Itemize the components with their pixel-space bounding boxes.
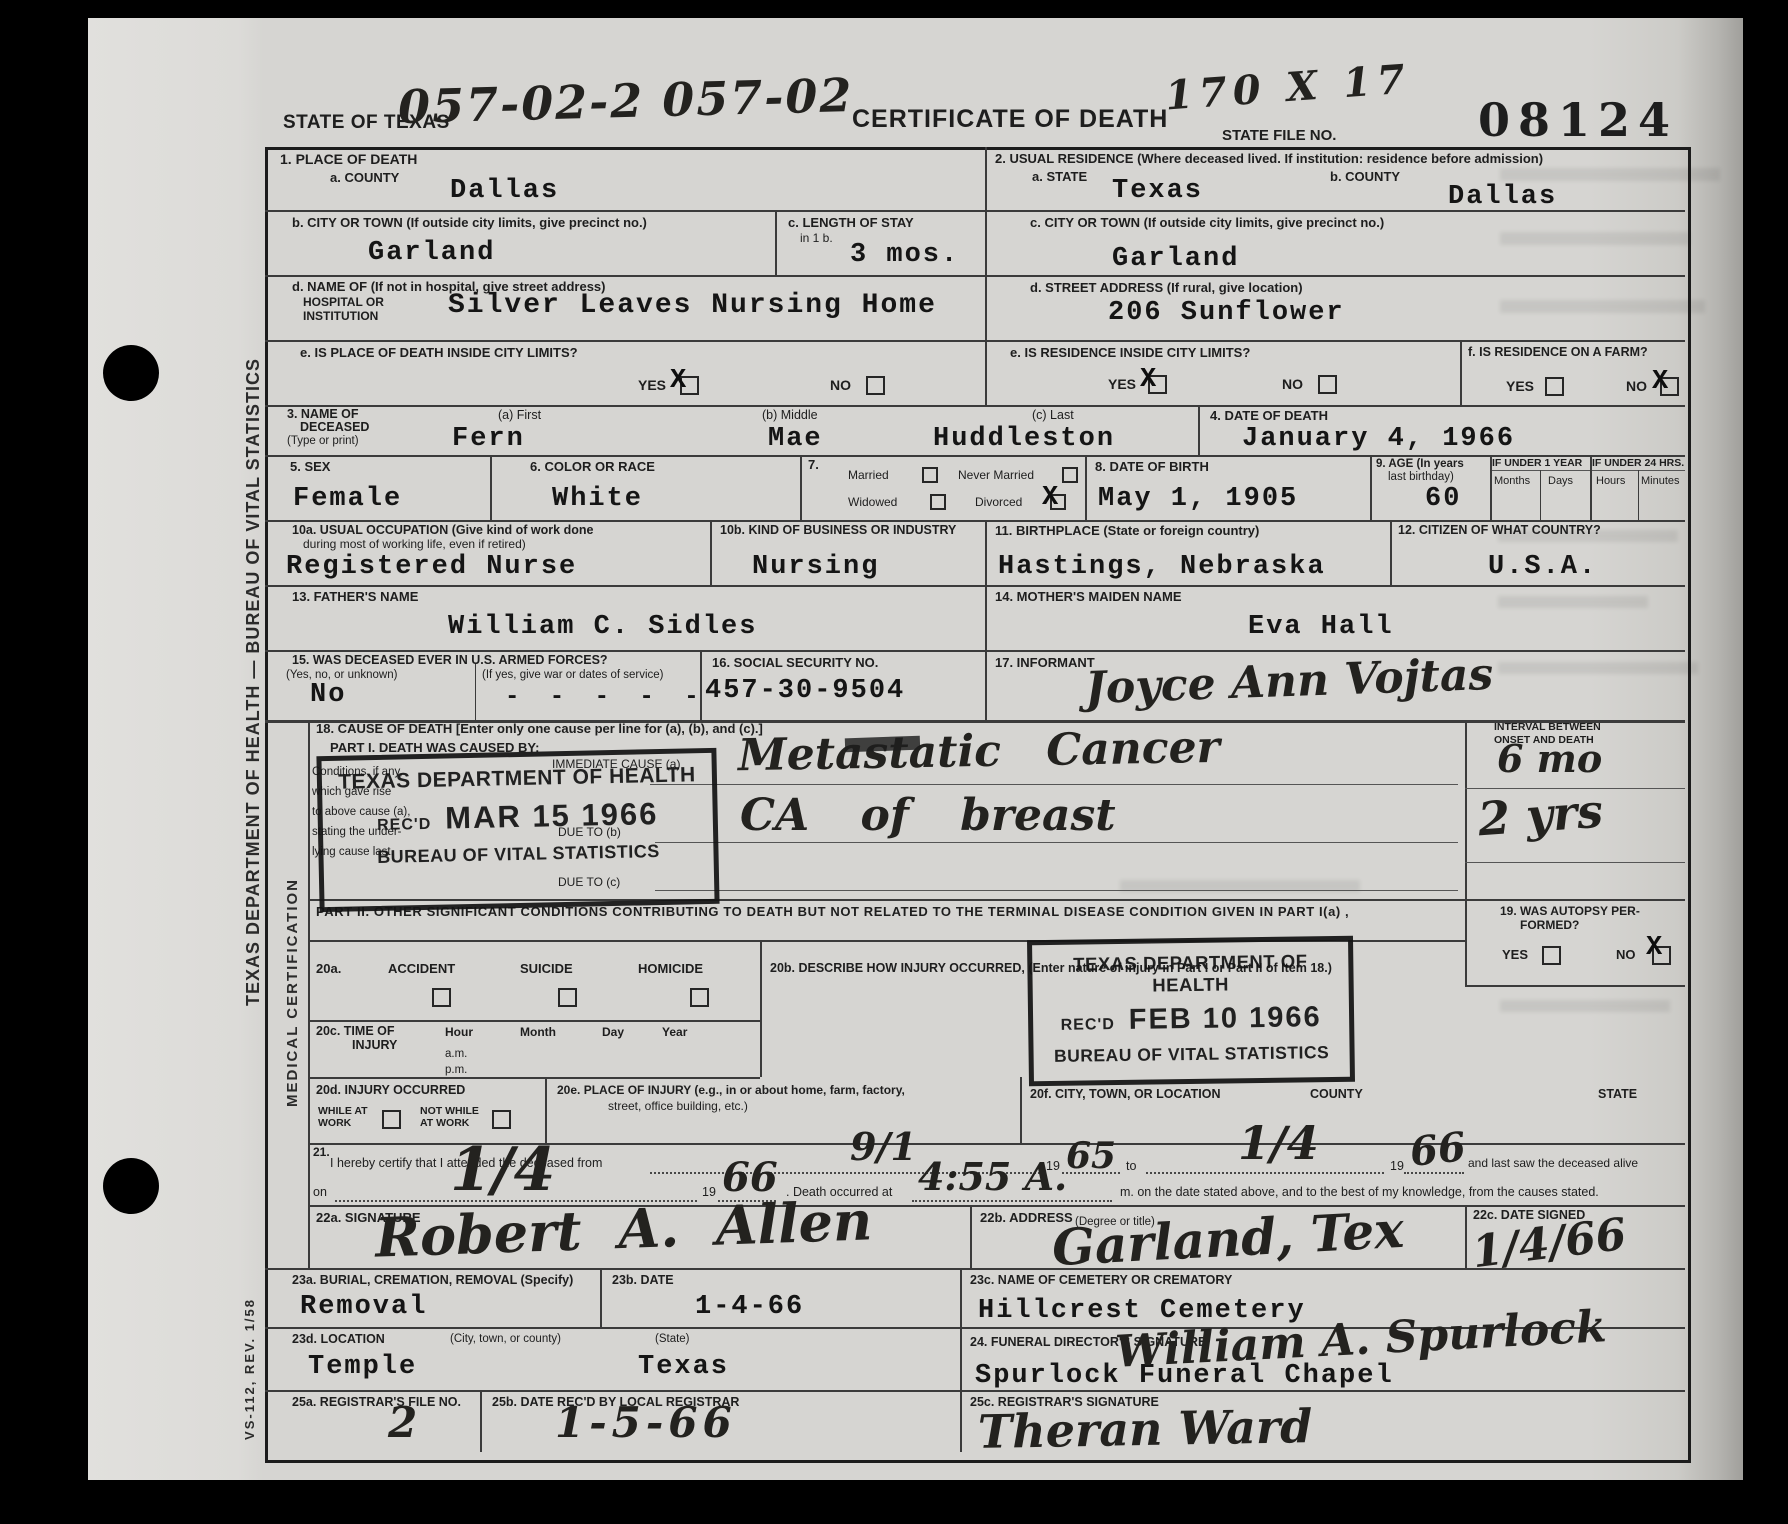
registrar-signature-value: Theran Ward (978, 1403, 1313, 1455)
marital-label: 7. (808, 458, 819, 472)
mother-maiden-value: Eva Hall (1248, 614, 1394, 641)
death-time: 4:55 A. (918, 1158, 1067, 1196)
length-of-stay-label: c. LENGTH OF STAY (788, 216, 914, 230)
residence-limits-no-checkbox (1318, 375, 1337, 394)
to-word: to (1126, 1160, 1136, 1173)
occupation-label: 10a. USUAL OCCUPATION (Give kind of work… (292, 524, 593, 537)
street-address-value: 206 Sunflower (1108, 300, 1345, 327)
day-label: Day (602, 1026, 624, 1039)
married-label: Married (848, 469, 889, 482)
injury-state-label: STATE (1598, 1088, 1637, 1101)
never-married-label: Never Married (958, 469, 1034, 482)
residence-county-value: Dallas (1448, 184, 1557, 211)
birthplace-label: 11. BIRTHPLACE (State or foreign country… (995, 524, 1259, 538)
age-label2: last birthday) (1388, 471, 1454, 483)
stamp2-date: FEB 10 1966 (1129, 1001, 1322, 1036)
residence-state-value: Texas (1112, 178, 1203, 205)
while-at-work-label1: WHILE AT (318, 1106, 368, 1117)
divorced-mark: X (1042, 485, 1058, 512)
injury-occurred-label: 20d. INJURY OCCURRED (316, 1084, 465, 1097)
autopsy-yes: YES (1502, 948, 1528, 962)
death-limits-yes-mark: X (670, 368, 686, 395)
interval-label1: INTERVAL BETWEEN (1494, 722, 1601, 733)
occupation-value: Registered Nurse (286, 554, 577, 581)
residence-limits-yes: YES (1108, 377, 1136, 392)
date-of-birth-value: May 1, 1905 (1098, 486, 1298, 513)
married-checkbox (922, 467, 938, 483)
autopsy-label1: 19. WAS AUTOPSY PER- (1500, 905, 1640, 918)
time-of-injury-label1: 20c. TIME OF (316, 1025, 395, 1038)
item-20a-label: 20a. (316, 962, 341, 976)
location-city-value: Temple (308, 1354, 417, 1381)
suicide-label: SUICIDE (520, 962, 573, 976)
death-limits-yes: YES (638, 378, 666, 393)
margin-medical-certification: MEDICAL CERTIFICATION (284, 878, 301, 1107)
registrar-file-label: 25a. REGISTRAR'S FILE NO. (292, 1396, 461, 1409)
not-while-label2: AT WORK (420, 1118, 469, 1129)
residence-limits-no: NO (1282, 377, 1303, 392)
armed-forces-label: 15. WAS DECEASED EVER IN U.S. ARMED FORC… (292, 654, 608, 667)
not-while-checkbox (492, 1110, 511, 1129)
usual-residence-title: 2. USUAL RESIDENCE (Where deceased lived… (995, 152, 1543, 166)
date-received-value: 1-5-66 (555, 1402, 737, 1444)
autopsy-label2: FORMED? (1520, 919, 1579, 932)
industry-value: Nursing (752, 554, 879, 581)
last-seen-date: 1/4 (450, 1140, 555, 1200)
residence-limits-yes-mark: X (1140, 367, 1156, 394)
sex-label: 5. SEX (290, 460, 330, 474)
state-file-no-label: STATE FILE NO. (1222, 128, 1336, 144)
hours-label: Hours (1596, 476, 1625, 488)
length-of-stay-sublabel: in 1 b. (800, 232, 833, 245)
stamp1-agency: TEXAS DEPARTMENT OF HEALTH (322, 763, 712, 795)
county-value: Dallas (450, 178, 559, 205)
if-under-1-year-label: IF UNDER 1 YEAR (1492, 458, 1582, 469)
certify-text-2: and last saw the deceased alive (1468, 1157, 1638, 1170)
on-word: on (313, 1186, 327, 1199)
street-address-label: d. STREET ADDRESS (If rural, give locati… (1030, 281, 1303, 295)
registrar-file-value: 2 (388, 1402, 417, 1444)
to-year: 66 (1408, 1127, 1468, 1173)
first-name-value: Fern (452, 426, 525, 453)
stamp1-date: MAR 15 1966 (445, 796, 659, 835)
interval-b-handwriting: 2 yrs (1477, 788, 1605, 843)
accident-label: ACCIDENT (388, 962, 455, 976)
autopsy-no-mark: X (1646, 935, 1662, 962)
informant-label: 17. INFORMANT (995, 656, 1095, 670)
autopsy-no: NO (1616, 948, 1636, 962)
received-stamp-feb: TEXAS DEPARTMENT OF HEALTH REC'DFEB 10 1… (1027, 936, 1355, 1087)
while-at-work-label2: WORK (318, 1118, 351, 1129)
from-year: 65 (1066, 1138, 1116, 1174)
father-name-value: William C. Sidles (448, 614, 757, 641)
suicide-checkbox (558, 988, 577, 1007)
homicide-checkbox (690, 988, 709, 1007)
residence-state-label: a. STATE (1032, 170, 1087, 184)
hospital-label2: HOSPITAL OR (303, 296, 384, 309)
burial-date-value: 1-4-66 (695, 1294, 804, 1321)
age-value: 60 (1425, 486, 1461, 513)
location-label: 23d. LOCATION (292, 1333, 385, 1346)
mother-maiden-label: 14. MOTHER'S MAIDEN NAME (995, 590, 1182, 604)
pm-label: p.m. (445, 1064, 467, 1076)
citizen-label: 12. CITIZEN OF WHAT COUNTRY? (1398, 524, 1601, 537)
residence-county-label: b. COUNTY (1330, 170, 1400, 184)
never-married-checkbox (1062, 467, 1078, 483)
hospital-value: Silver Leaves Nursing Home (448, 292, 937, 320)
father-name-label: 13. FATHER'S NAME (292, 590, 418, 604)
punch-hole-top (103, 345, 159, 401)
middle-name-value: Mae (768, 426, 823, 453)
sex-value: Female (293, 486, 402, 513)
death-limits-no-checkbox (866, 376, 885, 395)
farm-no: NO (1626, 379, 1647, 394)
death-city-limits-label: e. IS PLACE OF DEATH INSIDE CITY LIMITS? (300, 346, 578, 360)
physician-signature: Robert A. Allen (374, 1193, 873, 1264)
certificate-title: CERTIFICATE OF DEATH (852, 106, 1168, 132)
residence-city-value: Garland (1112, 246, 1239, 273)
month-label: Month (520, 1026, 556, 1039)
cemetery-label: 23c. NAME OF CEMETERY OR CREMATORY (970, 1274, 1232, 1287)
margin-agency-text: TEXAS DEPARTMENT OF HEALTH — BUREAU OF V… (243, 358, 264, 1006)
age-label1: 9. AGE (In years (1376, 458, 1464, 470)
farm-yes: YES (1506, 379, 1534, 394)
name-of-deceased-label3: (Type or print) (287, 435, 359, 447)
stamp2-agency: TEXAS DEPARTMENT OF HEALTH (1032, 950, 1349, 998)
widowed-checkbox (930, 494, 946, 510)
widowed-label: Widowed (848, 496, 897, 509)
burial-date-label: 23b. DATE (612, 1274, 674, 1287)
attended-to-date: 1/4 (1238, 1120, 1319, 1166)
death-limits-no: NO (830, 378, 851, 393)
days-label: Days (1548, 476, 1573, 488)
last-name-value: Huddleston (933, 426, 1115, 453)
accident-checkbox (432, 988, 451, 1007)
burial-value: Removal (300, 1294, 427, 1321)
location-sublabel1: (City, town, or county) (450, 1333, 561, 1345)
location-state-value: Texas (638, 1354, 729, 1381)
name-of-deceased-label2: DECEASED (300, 421, 369, 434)
handwritten-file-code: 057-02-2 057-02 (397, 72, 853, 130)
stamp2-recd: REC'D (1061, 1016, 1115, 1034)
race-label: 6. COLOR OR RACE (530, 460, 655, 474)
armed-forces-value: No (310, 682, 346, 709)
cause-line-a-handwriting: Metastatic Cancer (738, 726, 1220, 778)
farm-no-mark: X (1652, 369, 1668, 396)
minutes-label: Minutes (1641, 476, 1680, 488)
year-19-b: 19 (1390, 1160, 1404, 1173)
injury-county-label: COUNTY (1310, 1088, 1363, 1101)
while-at-work-checkbox (382, 1110, 401, 1129)
time-of-injury-label2: INJURY (352, 1039, 397, 1052)
interval-a-handwriting: 6 mo (1497, 740, 1602, 778)
citizen-value: U.S.A. (1488, 554, 1597, 581)
received-stamp-mar: TEXAS DEPARTMENT OF HEALTH REC'DMAR 15 1… (316, 748, 719, 912)
birthplace-value: Hastings, Nebraska (998, 554, 1326, 581)
residence-limits-label: e. IS RESIDENCE INSIDE CITY LIMITS? (1010, 346, 1250, 360)
divorced-label: Divorced (975, 496, 1022, 509)
injury-city-label: 20f. CITY, TOWN, OR LOCATION (1030, 1088, 1221, 1101)
armed-forces-sublabel2: (If yes, give war or dates of service) (482, 669, 664, 681)
burial-label: 23a. BURIAL, CREMATION, REMOVAL (Specify… (292, 1274, 573, 1287)
place-of-injury-label1: 20e. PLACE OF INJURY (e.g., in or about … (557, 1084, 905, 1097)
am-label: a.m. (445, 1048, 467, 1060)
item-21-label: 21. (313, 1146, 330, 1159)
ink-smudge (845, 736, 920, 753)
cause-line-b-handwriting: CA of breast (740, 794, 1116, 838)
place-of-death-title: 1. PLACE OF DEATH (280, 152, 417, 167)
ssn-value: 457-30-9504 (705, 678, 905, 705)
cause-of-death-label: 18. CAUSE OF DEATH [Enter only one cause… (316, 722, 763, 736)
death-certificate-scan: { "h":{"tx":"STATE OF TEXAS","code":"057… (0, 0, 1788, 1524)
first-name-label: (a) First (498, 409, 541, 422)
last-name-label: (c) Last (1032, 409, 1074, 422)
county-label: a. COUNTY (330, 171, 399, 185)
middle-name-label: (b) Middle (762, 409, 818, 422)
hospital-label3: INSTITUTION (303, 310, 378, 323)
state-file-number: 08124 (1478, 96, 1678, 144)
attended-from-date: 9/1 (850, 1128, 917, 1166)
hour-label: Hour (445, 1026, 473, 1039)
homicide-label: HOMICIDE (638, 962, 703, 976)
autopsy-yes-checkbox (1542, 946, 1561, 965)
stamp1-bureau: BUREAU OF VITAL STATISTICS (323, 840, 713, 869)
city-town-label: b. CITY OR TOWN (If outside city limits,… (292, 216, 647, 230)
punch-hole-bottom (103, 1158, 159, 1214)
farm-label: f. IS RESIDENCE ON A FARM? (1468, 346, 1648, 359)
ssn-label: 16. SOCIAL SECURITY NO. (712, 656, 878, 670)
margin-form-number: VS-112, REV. 1/58 (242, 1298, 257, 1440)
city-value: Garland (368, 240, 495, 267)
certify-text-3: m. on the date stated above, and to the … (1120, 1186, 1599, 1199)
date-of-death-value: January 4, 1966 (1242, 426, 1515, 453)
place-of-injury-label2: street, office building, etc.) (608, 1100, 748, 1113)
months-label: Months (1494, 476, 1530, 488)
not-while-label1: NOT WHILE (420, 1106, 479, 1117)
occupation-label2: during most of working life, even if ret… (303, 538, 526, 551)
location-sublabel2: (State) (655, 1333, 690, 1345)
industry-label: 10b. KIND OF BUSINESS OR INDUSTRY (720, 524, 956, 537)
year-label: Year (662, 1026, 687, 1039)
length-of-stay-value: 3 mos. (850, 242, 959, 269)
date-of-death-label: 4. DATE OF DEATH (1210, 409, 1328, 423)
stamp1-recd: REC'D (377, 816, 431, 834)
residence-city-label: c. CITY OR TOWN (If outside city limits,… (1030, 216, 1384, 230)
date-of-birth-label: 8. DATE OF BIRTH (1095, 460, 1209, 474)
armed-forces-dashes: - - - - - (505, 686, 707, 710)
stamp2-bureau: BUREAU OF VITAL STATISTICS (1033, 1042, 1349, 1067)
farm-yes-checkbox (1545, 377, 1564, 396)
if-under-24-hrs-label: IF UNDER 24 HRS. (1592, 458, 1684, 469)
race-value: White (552, 486, 643, 513)
